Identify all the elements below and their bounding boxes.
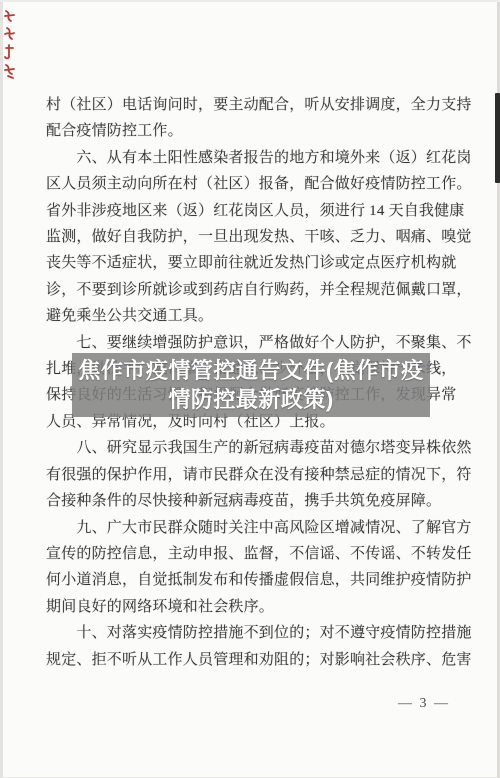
document-line: 八、研究显示我国生产的新冠病毒疫苗对德尔塔变异株依然 <box>46 435 458 461</box>
page-number: — 3 — <box>398 696 450 712</box>
document-line: 避免乘坐公共交通工具。 <box>46 303 458 329</box>
document-line: 区人员须主动向所在村（社区）报备，配合做好疫情防控工作。 <box>46 171 458 197</box>
document-line: 村（社区）电话询问时，要主动配合，听从安排调度，全力支持 <box>46 92 458 118</box>
scan-edge-left <box>0 0 3 778</box>
red-pen-marks <box>2 8 17 80</box>
document-line: 丧失等不适症状，要立即前往就近发热门诊或定点医疗机构就 <box>46 250 458 276</box>
document-line: 九、广大市民群众随时关注中高风险区增减情况、了解官方 <box>46 515 458 541</box>
document-line: 宣传的防控信息，主动申报、监督，不信谣、不传谣、不转发任 <box>46 541 458 567</box>
watermark-title-line2: 情防控最新政策) <box>168 385 333 414</box>
document-line: 期间良好的网络环境和社会秩序。 <box>46 594 458 620</box>
scanner-streak-artifact <box>495 93 500 183</box>
scanned-document-page: 村（社区）电话询问时，要主动配合，听从安排调度，全力支持 配合疫情防控工作。 六… <box>0 0 500 778</box>
document-line: 十、对落实疫情防控措施不到位的；对不遵守疫情防控措施 <box>46 620 458 646</box>
document-line: 省外非涉疫地区来（返）红花岗区人员，须进行 14 天自我健康 <box>46 198 458 224</box>
document-line: 规定、拒不听从工作人员管理和劝阻的；对影响社会秩序、危害 <box>46 647 458 673</box>
document-line: 何小道消息，自觉抵制发布和传播虚假信息，共同维护疫情防护 <box>46 567 458 593</box>
watermark-title-line1: 焦作市疫情管控通告文件(焦作市疫 <box>78 356 423 385</box>
scan-edge-top <box>0 0 500 2</box>
document-line: 六、从有本土阳性感染者报告的地方和境外来（返）红花岗 <box>46 145 458 171</box>
document-line: 诊，不要到诊所就诊或到药店自行购药，并全程规范佩戴口罩， <box>46 277 458 303</box>
watermark-title-overlay: 焦作市疫情管控通告文件(焦作市疫 情防控最新政策) <box>72 353 430 417</box>
document-line: 监测，做好自我防护，一旦出现发热、干咳、乏力、咽痛、嗅觉 <box>46 224 458 250</box>
document-line: 合接种条件的尽快接种新冠病毒疫苗，携手共筑免疫屏障。 <box>46 488 458 514</box>
document-line: 配合疫情防控工作。 <box>46 118 458 144</box>
document-line: 有很强的保护作用，请市民群众在没有接种禁忌症的情况下，符 <box>46 462 458 488</box>
